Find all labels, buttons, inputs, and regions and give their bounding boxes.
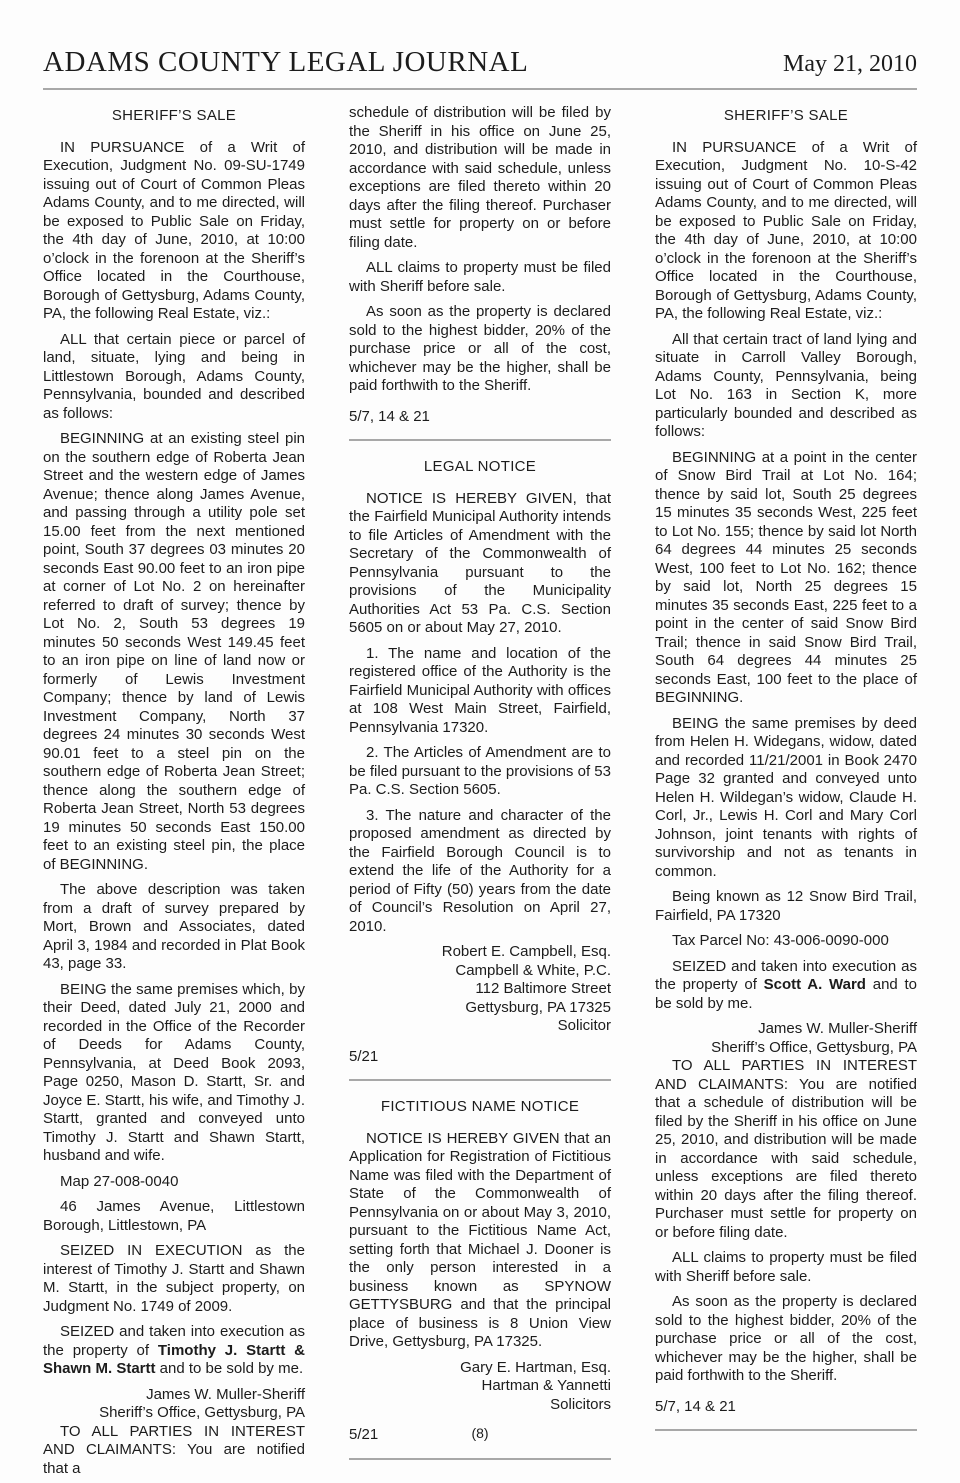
paragraph: BEING the same premises which, by their … (43, 981, 305, 1166)
signature-line: Solicitors (349, 1396, 611, 1415)
paragraph: BEGINNING at an existing steel pin on th… (43, 430, 305, 874)
signature-line: 112 Baltimore Street (349, 980, 611, 999)
paragraph: Being known as 12 Snow Bird Trail, Fairf… (655, 888, 917, 925)
masthead-rule (43, 88, 917, 90)
page-footer: (8) (0, 1425, 960, 1441)
signature-line: Gary E. Hartman, Esq. (349, 1359, 611, 1378)
paragraph: SEIZED and taken into execution as the p… (655, 958, 917, 1014)
section-divider (349, 1079, 611, 1081)
paragraph: 1. The name and location of the register… (349, 645, 611, 738)
paragraph: Map 27-008-0040 (43, 1173, 305, 1192)
paragraph: NOTICE IS HEREBY GIVEN that an Applicati… (349, 1130, 611, 1352)
signature-line: Solicitor (349, 1017, 611, 1036)
content-columns: SHERIFF’S SALEIN PURSUANCE of a Writ of … (43, 104, 917, 1483)
paragraph-continuation: schedule of distribution will be filed b… (349, 104, 611, 252)
signature-line: Gettysburg, PA 17325 (349, 999, 611, 1018)
issue-date: May 21, 2010 (783, 51, 917, 78)
column-1: SHERIFF’S SALEIN PURSUANCE of a Writ of … (43, 104, 305, 1483)
signature-line: Sheriff’s Office, Gettysburg, PA (655, 1039, 917, 1058)
signature-line: Hartman & Yannetti (349, 1377, 611, 1396)
paragraph: Tax Parcel No: 43-006-0090-000 (655, 932, 917, 951)
paragraph: BEING the same premises by deed from Hel… (655, 715, 917, 882)
paragraph: 3. The nature and character of the propo… (349, 807, 611, 937)
paragraph-text: and to be sold by me. (156, 1360, 304, 1377)
notice-heading: SHERIFF’S SALE (43, 107, 305, 126)
publication-dates: 5/7, 14 & 21 (655, 1398, 917, 1417)
column-3: SHERIFF’S SALEIN PURSUANCE of a Writ of … (655, 104, 917, 1483)
paragraph: IN PURSUANCE of a Writ of Execution, Jud… (43, 139, 305, 324)
masthead: ADAMS COUNTY LEGAL JOURNAL May 21, 2010 (43, 0, 917, 79)
legal-journal-page: ADAMS COUNTY LEGAL JOURNAL May 21, 2010 … (0, 0, 960, 1483)
paragraph: As soon as the property is declared sold… (655, 1293, 917, 1386)
signature-line: Sheriff’s Office, Gettysburg, PA (43, 1404, 305, 1423)
section-divider (349, 439, 611, 441)
paragraph: TO ALL PARTIES IN INTEREST AND CLAIMANTS… (655, 1057, 917, 1242)
paragraph: BEGINNING at a point in the center of Sn… (655, 449, 917, 708)
paragraph: ALL that certain piece or parcel of land… (43, 331, 305, 424)
paragraph: SEIZED and taken into execution as the p… (43, 1323, 305, 1379)
signature-line: Robert E. Campbell, Esq. (349, 943, 611, 962)
signature-line: Campbell & White, P.C. (349, 962, 611, 981)
paragraph: 46 James Avenue, Littlestown Borough, Li… (43, 1198, 305, 1235)
paragraph: 2. The Articles of Amendment are to be f… (349, 744, 611, 800)
signature-line: James W. Muller-Sheriff (43, 1386, 305, 1405)
paragraph: IN PURSUANCE of a Writ of Execution, Jud… (655, 139, 917, 324)
paragraph: ALL claims to property must be filed wit… (349, 259, 611, 296)
signature-line: James W. Muller-Sheriff (655, 1020, 917, 1039)
journal-title: ADAMS COUNTY LEGAL JOURNAL (43, 46, 528, 79)
section-divider (349, 1458, 611, 1460)
publication-dates: 5/7, 14 & 21 (349, 408, 611, 427)
page-number: (8) (471, 1425, 488, 1441)
publication-dates: 5/21 (349, 1048, 611, 1067)
paragraph: All that certain tract of land lying and… (655, 331, 917, 442)
defendant-name: Scott A. Ward (764, 976, 866, 993)
paragraph: ALL claims to property must be filed wit… (655, 1249, 917, 1286)
paragraph: As soon as the property is declared sold… (349, 303, 611, 396)
notice-heading: FICTITIOUS NAME NOTICE (349, 1098, 611, 1117)
paragraph: NOTICE IS HEREBY GIVEN, that the Fairfie… (349, 490, 611, 638)
column-2: schedule of distribution will be filed b… (349, 104, 611, 1483)
paragraph: SEIZED IN EXECUTION as the interest of T… (43, 1242, 305, 1316)
notice-heading: LEGAL NOTICE (349, 458, 611, 477)
paragraph: The above description was taken from a d… (43, 881, 305, 974)
notice-heading: SHERIFF’S SALE (655, 107, 917, 126)
